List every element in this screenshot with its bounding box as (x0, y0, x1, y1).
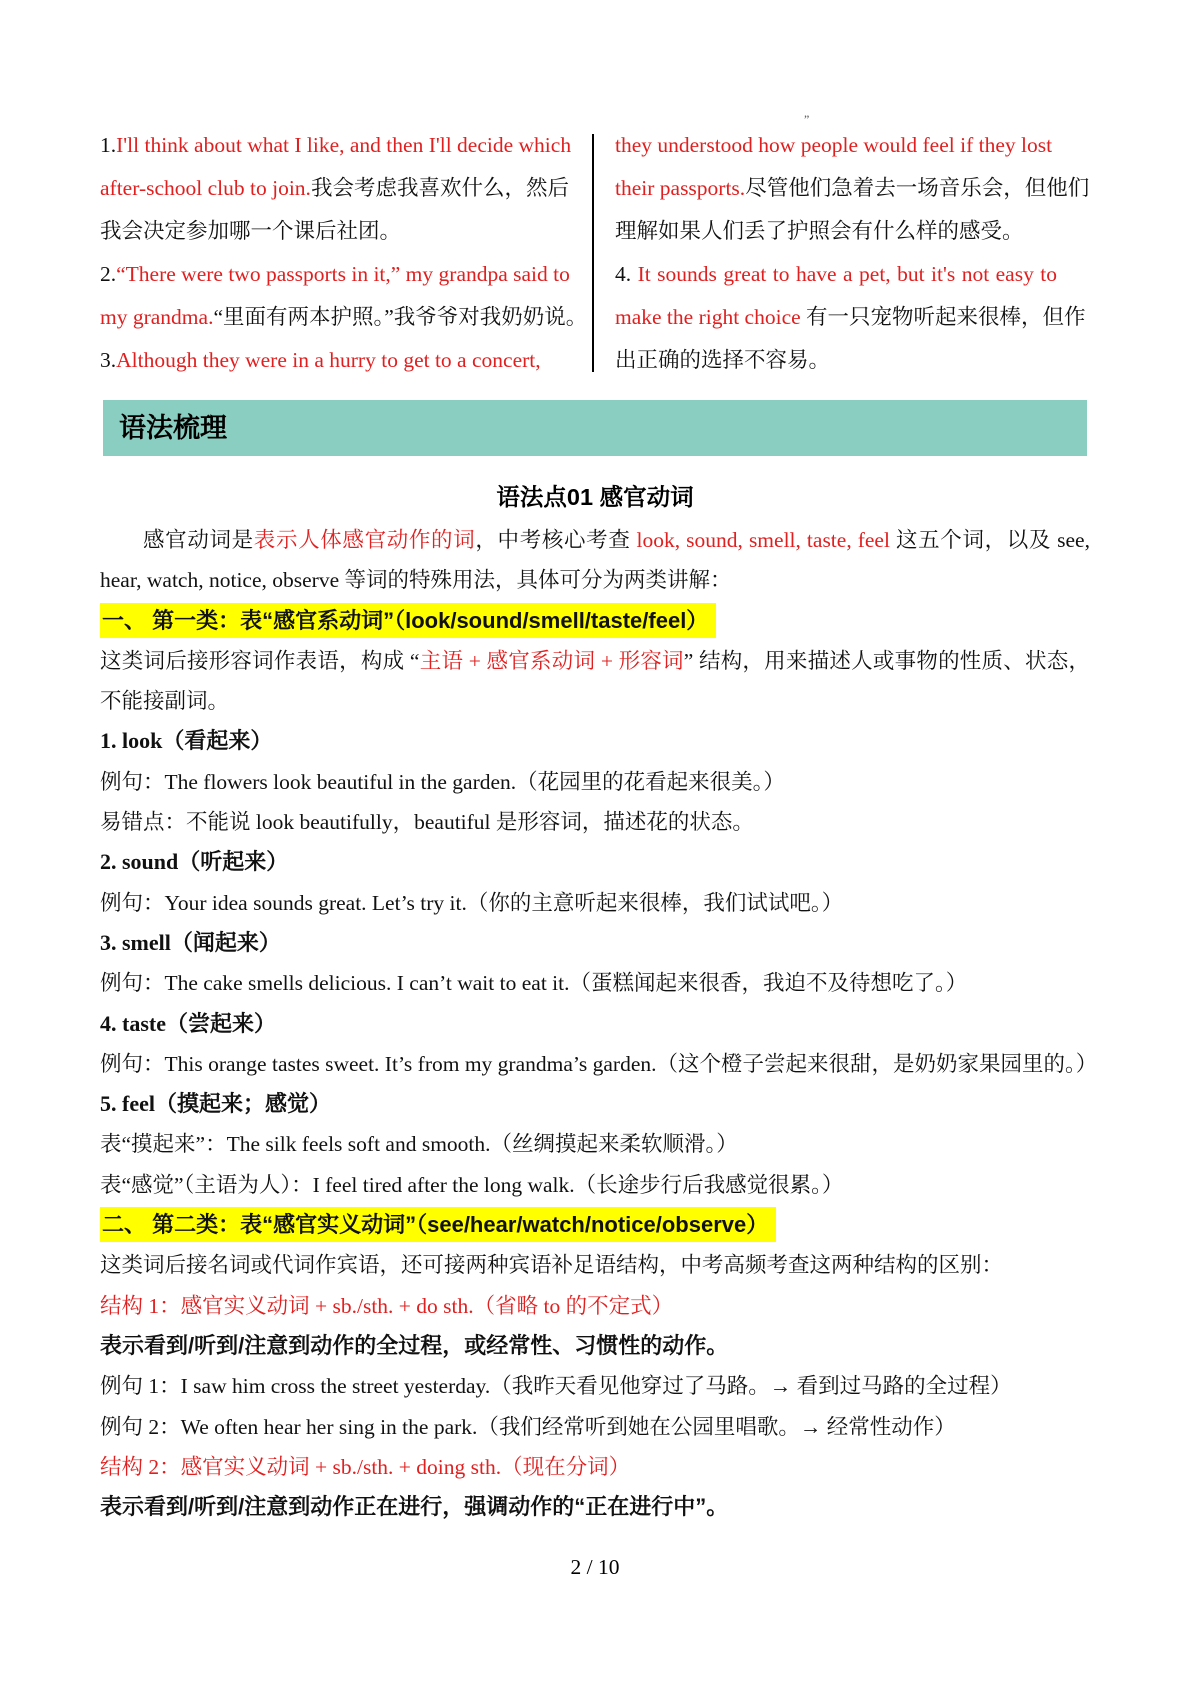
table-text-line: 2.“There were two passports in it,” my g… (100, 253, 565, 296)
red-text-segment: they understood how people would feel if… (615, 133, 1052, 157)
black-text-segment: ” 结构，用来描述人或事物的性质、状态， (684, 649, 1090, 673)
text-line: 例句：Your idea sounds great. Let’s try it.… (100, 883, 1090, 923)
table-text-line: 3.Although they were in a hurry to get t… (100, 339, 565, 382)
red-text-segment: 表示人体感官动作的词 (254, 528, 476, 552)
table-text-line: 出正确的选择不容易。 (615, 339, 1057, 382)
text-line: 这类词后接名词或代词作宾语，还可接两种宾语补足语结构，中考高频考查这两种结构的区… (100, 1245, 1090, 1285)
black-text-segment: 感官动词是 (143, 528, 254, 552)
text-line: 例句：The cake smells delicious. I can’t wa… (100, 963, 1090, 1003)
black-text-segment: 尽管他们急着去一场音乐会，但他们 (745, 176, 1089, 200)
grammar-review-header-bar: 语法梳理 (103, 400, 1087, 456)
black-text-segment: 表“摸起来”：The silk feels soft and smooth.（丝… (100, 1132, 738, 1156)
subheading: 5. feel（摸起来；感觉） (100, 1084, 1090, 1124)
bold-note-line: 表示看到/听到/注意到动作正在进行，强调动作的“正在进行中”。 (100, 1487, 1090, 1527)
red-text-segment: 结构 1：感官实义动词 + sb./sth. + do sth.（省略 to 的… (100, 1294, 673, 1318)
table-text-line: their passports.尽管他们急着去一场音乐会，但他们 (615, 167, 1057, 210)
text-line: 易错点：不能说 look beautifully，beautiful 是形容词，… (100, 802, 1090, 842)
red-text-segment: make the right choice (615, 305, 806, 329)
grammar-review-title: 语法梳理 (103, 400, 1087, 456)
red-text-segment: my grandma. (100, 305, 213, 329)
black-text-segment: 2. sound（听起来） (100, 849, 288, 874)
black-text-segment: 5. feel（摸起来；感觉） (100, 1091, 331, 1116)
red-text-segment: look, sound, smell, taste, feel (637, 528, 890, 552)
black-text-segment: 例句：The cake smells delicious. I can’t wa… (100, 971, 967, 995)
black-text-segment: ，中考核心考查 (475, 528, 636, 552)
text-line: 这类词后接形容词作表语，构成 “主语 + 感官系动词 + 形容词” 结构，用来描… (100, 641, 1090, 681)
black-text-segment: 这类词后接形容词作表语，构成 “ (100, 649, 419, 673)
red-text-segment: I'll think about what I like, and then I… (116, 133, 571, 157)
black-text-segment: 3. smell（闻起来） (100, 930, 281, 955)
black-text-segment: 表“感觉”（主语为人）：I feel tired after the long … (100, 1173, 843, 1197)
black-text-segment: 1. (100, 133, 116, 157)
text-line: 感官动词是表示人体感官动作的词，中考核心考查 look, sound, smel… (100, 520, 1090, 560)
table-text-line: after-school club to join.我会考虑我喜欢什么，然后 (100, 167, 565, 210)
red-text-segment: 结构 2：感官实义动词 + sb./sth. + doing sth.（现在分词… (100, 1455, 630, 1479)
black-text-segment: 我会考虑我喜欢什么，然后 (311, 176, 569, 200)
text-line: 例句 2：We often hear her sing in the park.… (100, 1407, 1090, 1447)
table-text-line: 理解如果人们丢了护照会有什么样的感受。 (615, 210, 1057, 253)
black-text-segment: 1. look（看起来） (100, 728, 272, 753)
black-text-segment: 有一只宠物听起来很棒，但作 (806, 305, 1086, 329)
text-line: 不能接副词。 (100, 681, 1090, 721)
highlight-heading: 二、 第二类：表“感官实义动词”（see/hear/watch/notice/o… (100, 1205, 1090, 1245)
yellow-highlight-band: 二、 第二类：表“感官实义动词”（see/hear/watch/notice/o… (100, 1207, 776, 1242)
black-text-segment: 例句 1：I saw him cross the street yesterda… (100, 1374, 1012, 1398)
left-column: 1.I'll think about what I like, and then… (100, 124, 565, 382)
black-text-segment: 例句：The flowers look beautiful in the gar… (100, 770, 785, 794)
black-text-segment: 易错点：不能说 look beautifully，beautiful 是形容词，… (100, 810, 754, 834)
text-line: hear, watch, notice, observe 等词的特殊用法，具体可… (100, 560, 1090, 600)
black-text-segment: “里面有两本护照。”我爷爷对我奶奶说。 (213, 305, 587, 329)
red-text-segment: 主语 + 感官系动词 + 形容词 (419, 649, 683, 673)
black-text-segment: 例句：This orange tastes sweet. It’s from m… (100, 1052, 1097, 1076)
subheading: 4. taste（尝起来） (100, 1004, 1090, 1044)
document-page: ” 1.I'll think about what I like, and th… (0, 0, 1190, 1683)
black-text-segment: 一、 第一类：表“感官系动词”（look/sound/smell/taste/f… (102, 608, 708, 633)
red-text-segment: It sounds great to have a pet, but it's … (638, 262, 1057, 286)
black-text-segment: 例句：Your idea sounds great. Let’s try it.… (100, 891, 843, 915)
black-text-segment: 这五个词，以及 see, (890, 528, 1090, 552)
text-line: 例句：The flowers look beautiful in the gar… (100, 762, 1090, 802)
red-text-segment: after-school club to join. (100, 176, 311, 200)
text-line: 例句：This orange tastes sweet. It’s from m… (100, 1044, 1090, 1084)
column-divider (592, 134, 594, 372)
black-text-segment: 理解如果人们丢了护照会有什么样的感受。 (615, 219, 1024, 243)
black-text-segment: 我会决定参加哪一个课后社团。 (100, 219, 401, 243)
yellow-highlight-band: 一、 第一类：表“感官系动词”（look/sound/smell/taste/f… (100, 603, 716, 638)
structure-line: 结构 1：感官实义动词 + sb./sth. + do sth.（省略 to 的… (100, 1286, 1090, 1326)
table-text-line: 我会决定参加哪一个课后社团。 (100, 210, 565, 253)
source-sentences-table: 1.I'll think about what I like, and then… (100, 124, 1090, 384)
red-text-segment: “There were two passports in it,” my gra… (116, 262, 570, 286)
text-line: 表“感觉”（主语为人）：I feel tired after the long … (100, 1165, 1090, 1205)
table-text-line: my grandma.“里面有两本护照。”我爷爷对我奶奶说。 (100, 296, 565, 339)
red-text-segment: their passports. (615, 176, 745, 200)
black-text-segment: 出正确的选择不容易。 (615, 348, 830, 372)
black-text-segment: 表示看到/听到/注意到动作正在进行，强调动作的“正在进行中”。 (100, 1494, 728, 1519)
table-text-line: 1.I'll think about what I like, and then… (100, 124, 565, 167)
black-text-segment: 4. (615, 262, 638, 286)
black-text-segment: 表示看到/听到/注意到动作的全过程，或经常性、习惯性的动作。 (100, 1333, 728, 1358)
black-text-segment: 3. (100, 348, 116, 372)
subheading: 1. look（看起来） (100, 721, 1090, 761)
highlight-heading: 一、 第一类：表“感官系动词”（look/sound/smell/taste/f… (100, 601, 1090, 641)
table-text-line: 4. It sounds great to have a pet, but it… (615, 253, 1057, 296)
text-line: 表“摸起来”：The silk feels soft and smooth.（丝… (100, 1124, 1090, 1164)
black-text-segment: hear, watch, notice, observe 等词的特殊用法，具体可… (100, 568, 732, 592)
table-text-line: they understood how people would feel if… (615, 124, 1057, 167)
black-text-segment: 这类词后接名词或代词作宾语，还可接两种宾语补足语结构，中考高频考查这两种结构的区… (100, 1253, 1003, 1277)
red-text-segment: Although they were in a hurry to get to … (116, 348, 541, 372)
black-text-segment: 例句 2：We often hear her sing in the park.… (100, 1415, 956, 1439)
subheading: 2. sound（听起来） (100, 842, 1090, 882)
black-text-segment: 2. (100, 262, 116, 286)
page-number: 2 / 10 (0, 1547, 1190, 1587)
black-text-segment: 二、 第二类：表“感官实义动词”（see/hear/watch/notice/o… (102, 1212, 768, 1237)
table-text-line: make the right choice 有一只宠物听起来很棒，但作 (615, 296, 1057, 339)
bold-note-line: 表示看到/听到/注意到动作的全过程，或经常性、习惯性的动作。 (100, 1326, 1090, 1366)
grammar-content: 感官动词是表示人体感官动作的词，中考核心考查 look, sound, smel… (100, 520, 1090, 1527)
structure-line: 结构 2：感官实义动词 + sb./sth. + doing sth.（现在分词… (100, 1447, 1090, 1487)
black-text-segment: 不能接副词。 (100, 689, 229, 713)
text-line: 例句 1：I saw him cross the street yesterda… (100, 1366, 1090, 1406)
black-text-segment: 4. taste（尝起来） (100, 1011, 276, 1036)
right-column: they understood how people would feel if… (615, 124, 1057, 382)
grammar-point-title: 语法点01 感官动词 (0, 477, 1190, 517)
subheading: 3. smell（闻起来） (100, 923, 1090, 963)
